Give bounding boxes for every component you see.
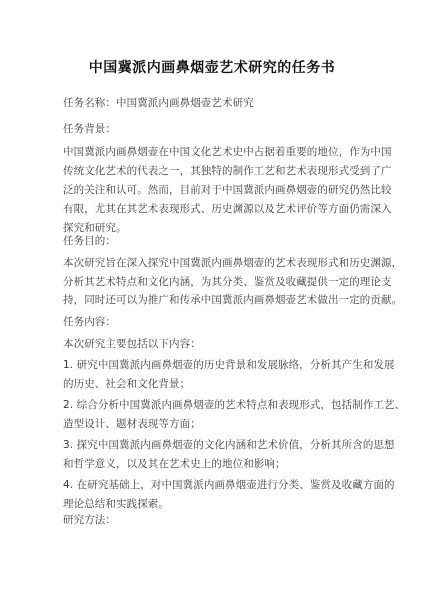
method-heading: 研究方法： xyxy=(63,513,116,527)
background-line: 泛的关注和认可。然而，目前对于中国冀派内画鼻烟壶的研究仍然比较 xyxy=(63,183,392,197)
content-item-3-cont: 和哲学意义，以及其在艺术史上的地位和影响； xyxy=(63,457,286,471)
background-heading: 任务背景： xyxy=(63,122,116,136)
background-line: 中国冀派内画鼻烟壶在中国文化艺术史中占据着重要的地位，作为中国 xyxy=(63,145,392,159)
content-item-4: 4. 在研究基础上，对中国冀派内画鼻烟壶进行分类、鉴赏及收藏方面的 xyxy=(63,478,395,492)
content-heading: 任务内容： xyxy=(63,315,116,329)
purpose-line: 分析其艺术特点和文化内涵，为其分类、鉴赏及收藏提供一定的理论支 xyxy=(63,275,392,289)
document-title: 中国冀派内画鼻烟壶艺术研究的任务书 xyxy=(0,59,424,77)
purpose-line: 持，同时还可以为推广和传承中国冀派内画鼻烟壶艺术做出一定的贡献。 xyxy=(63,293,402,307)
content-item-1: 1. 研究中国冀派内画鼻烟壶的历史背景和发展脉络，分析其产生和发展 xyxy=(63,358,395,372)
purpose-line: 本次研究旨在深入探究中国冀派内画鼻烟壶的艺术表现形式和历史渊源， xyxy=(63,256,402,270)
content-item-4-cont: 理论总结和实践探索。 xyxy=(63,497,169,511)
content-intro: 本次研究主要包括以下内容： xyxy=(63,337,201,351)
content-item-3: 3. 探究中国冀派内画鼻烟壶的文化内涵和艺术价值，分析其所含的思想 xyxy=(63,438,395,452)
content-item-2: 2. 综合分析中国冀派内画鼻烟壶的艺术特点和表现形式，包括制作工艺、 xyxy=(63,398,405,412)
background-line: 传统文化艺术的代表之一，其独特的制作工艺和艺术表现形式受到了广 xyxy=(63,164,392,178)
content-item-1-cont: 的历史、社会和文化背景； xyxy=(63,377,190,391)
task-name: 任务名称：中国冀派内画鼻烟壶艺术研究 xyxy=(63,96,254,110)
content-item-2-cont: 造型设计、题材表现等方面； xyxy=(63,417,201,431)
background-line: 有限，尤其在其艺术表现形式、历史渊源以及艺术评价等方面仍需深入 xyxy=(63,202,392,216)
document-page: 中国冀派内画鼻烟壶艺术研究的任务书 任务名称：中国冀派内画鼻烟壶艺术研究 任务背… xyxy=(0,0,424,600)
background-line: 探究和研究。 xyxy=(63,221,127,235)
purpose-heading: 任务目的： xyxy=(63,234,116,248)
